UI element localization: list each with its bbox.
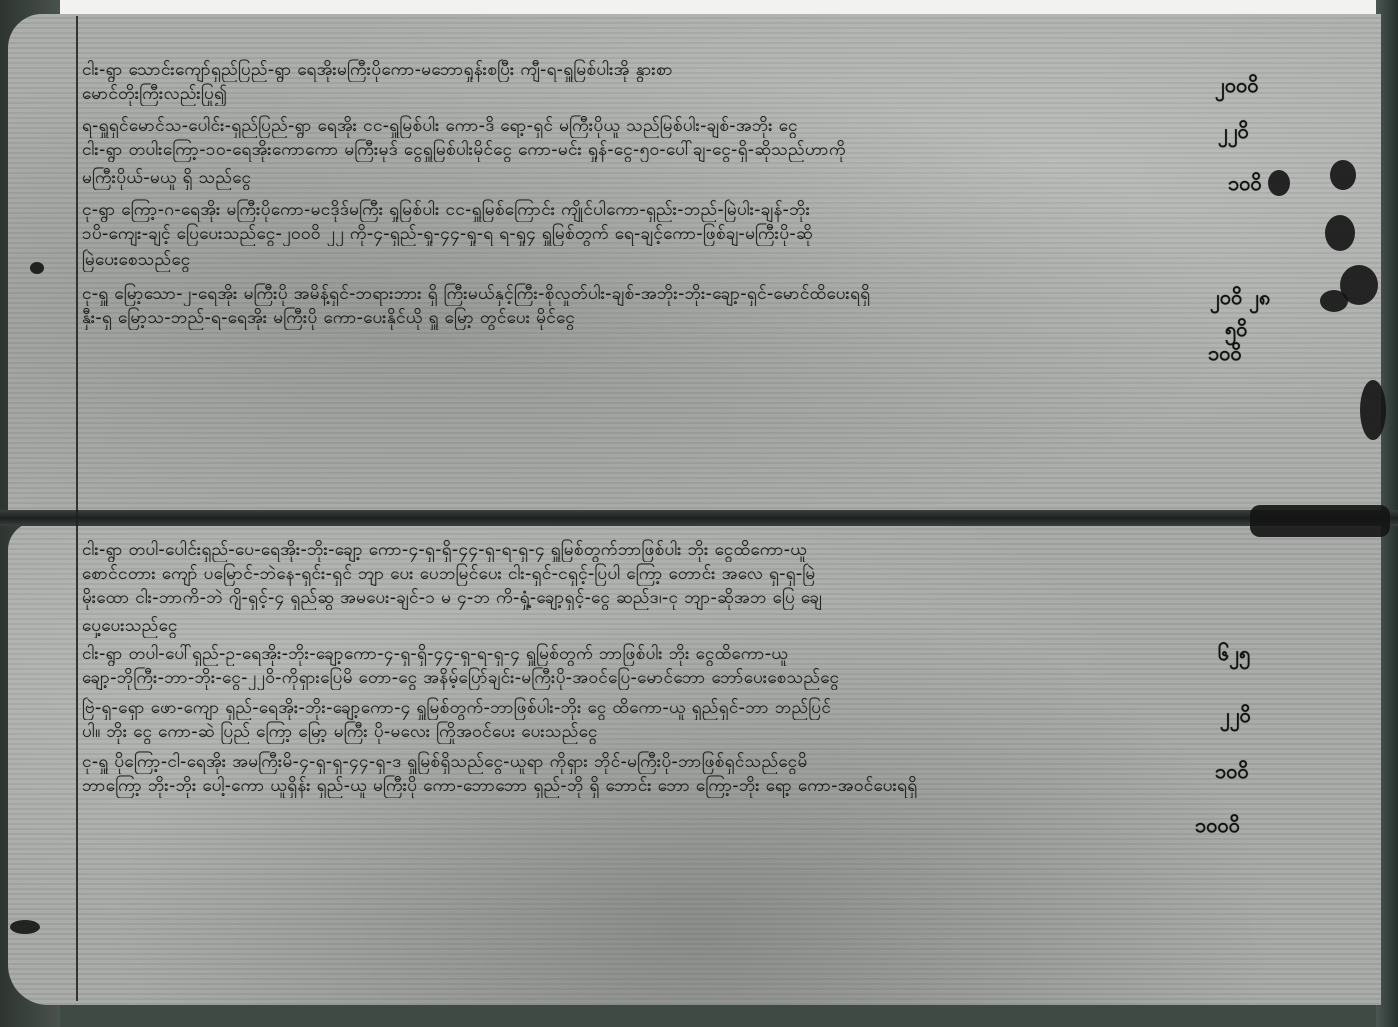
- margin-number: ၁၀ဝိ: [1215, 758, 1249, 788]
- text-line: မြဲပေးစေသည်ငွေ: [82, 248, 1202, 272]
- margin-rule: [76, 16, 78, 1001]
- text-line: ဗြဲ-ရှ-ရှော ဖော-ကျော ရှည်-ရေအိုး-ဘိုး-ချ…: [82, 696, 1202, 720]
- margin-number: ၂၀၀ဝိ: [1215, 72, 1259, 102]
- margin-number: ၁၀ဝိ: [1228, 170, 1262, 200]
- text-line: ပှေ့ပေးသည်ငွေ: [82, 614, 1202, 638]
- text-line: နှီး-ရှ မြော့သ-ဘည်-ရ-ရေအိုး မကြီးပို ကော…: [82, 306, 1202, 330]
- text-line: မိုးထော ငါး-ဘာကိ-ဘဲ ဂျိ-ရှင့်-၄ ရှည်ဆွ အ…: [82, 586, 1202, 610]
- margin-number: ၆၂၅: [1218, 640, 1250, 670]
- text-line: ရ-ရှူရှင်မောင်သ-ပေါင်း-ရှည်ပြည်-ရွာ ရေအိ…: [82, 114, 1202, 138]
- text-line: မကြီးပိုယ်-မယူ ရှိ သည်ငွေ: [82, 166, 1202, 190]
- lower-text-block: ငါး-ရွာ တပါ-ပေါင်းရှည်-ပေ-ရေအိုး-ဘိုး-ချ…: [82, 538, 1202, 798]
- text-line: ငု-ရှူ မြော့သော-၂-ရေအိုး မကြီးပို အမိန့်…: [82, 282, 1202, 306]
- ink-stain: [10, 920, 40, 934]
- upper-text-block: ငါး-ရွာ သောင်းကျော်ရှည်ပြည်-ရွာ ရေအိုးမက…: [82, 58, 1202, 330]
- ink-stain: [1320, 290, 1348, 312]
- manuscript-fold: [0, 510, 1398, 526]
- margin-number: ၁၀ဝိ: [1208, 340, 1242, 370]
- text-line: ငါး-ရွာ သောင်းကျော်ရှည်ပြည်-ရွာ ရေအိုးမက…: [82, 58, 1202, 82]
- text-line: ငါး-ရွာ တပါးကြော့-၁၀-ရေအိုးကောကော မကြီးမ…: [82, 138, 1202, 162]
- margin-number: ၂၂ဝိ: [1220, 702, 1251, 732]
- text-line: ငု-ရှူ ပိုကြော့-ငါ-ရေအိုး အမကြီးမိ-၄-ရှ-…: [82, 750, 1202, 774]
- text-line: ငါး-ရွာ တပါ-ပေါင်းရှည်-ပေ-ရေအိုး-ဘိုး-ချ…: [82, 538, 1202, 562]
- text-line: ပါ။ ဘိုး ငွေ ကော-ဆဲ ပြည် ကြော့ မြော့ မကြ…: [82, 720, 1202, 744]
- ink-stain: [1360, 380, 1386, 440]
- margin-number: ၁၀၀ဝိ: [1195, 812, 1240, 842]
- text-line: ငု-ရွာ ကြော့-ဂ-ရေအိုး မကြီးပိုကော-မငဒိုဒ…: [82, 198, 1202, 222]
- ink-stain: [1330, 160, 1356, 190]
- ink-stain: [1250, 505, 1390, 537]
- text-line: ငါး-ရွာ တပါ-ပေါ်ရှည်-ဥ-ရေအိုး-ဘိုး-ချော့…: [82, 642, 1202, 666]
- text-line: ၁ပိ-ကျေး-ချင့် ပြေပေးသည်ငွေ-၂၀၀ဝိ ၂၂ ကို…: [82, 222, 1202, 246]
- ink-stain: [1325, 215, 1355, 251]
- text-line: စောင်ငတား ကျော် ပမြောင်-ဘဲနေ-ရှင်း-ရှင် …: [82, 562, 1202, 586]
- ink-stain: [1268, 170, 1290, 196]
- margin-number: ၂၂ဝိ: [1218, 118, 1249, 148]
- text-line: ဘာကြော့ ဘိုး-ဘိုး ပေါ့-ကော ယူရှိန်း ရှည်…: [82, 774, 1202, 798]
- ink-stain: [30, 262, 44, 274]
- photo-top-edge: [0, 0, 1398, 14]
- margin-number: ၂၀ဝိ ၂၈: [1210, 284, 1271, 314]
- text-line: ချော့-ဘိုကြီး-ဘာ-ဘိုး-ငွေ-၂၂ဝိ-ကိုရှားပြ…: [82, 666, 1202, 690]
- text-line: မောင်တိုးကြီးလည်းပြု၍: [82, 82, 1202, 106]
